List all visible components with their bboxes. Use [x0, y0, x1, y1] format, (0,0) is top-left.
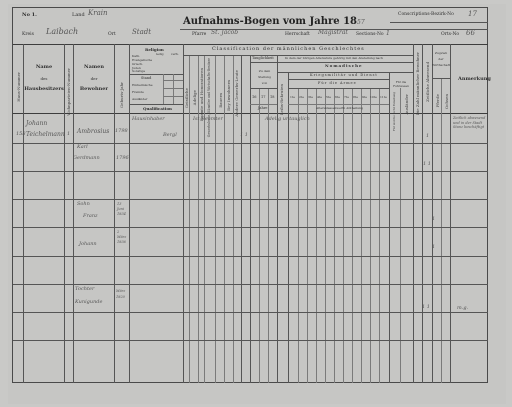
resident-name: Karl: [77, 145, 88, 150]
header-ochsen: Ochsen: [444, 94, 449, 109]
tally-mark: 1 1: [422, 305, 430, 310]
ort-value: Stadt: [132, 29, 151, 36]
armee-rule: [288, 88, 389, 89]
estate-grid-line: [173, 74, 174, 104]
header-fur-die-armee: Für die Armee: [318, 82, 357, 86]
table-row: Tochter Kunigunde März 1820 1 1 m.g.: [13, 284, 487, 312]
house-number: 158: [16, 132, 26, 137]
table-row: [13, 368, 487, 383]
class-note: Ist Beamter: [193, 117, 223, 122]
class-col: Andere Gewerbs-Leute: [234, 70, 239, 117]
kriegs-rule: [288, 79, 389, 80]
table-row: Sohn Franz 13 Juni 1834 1: [13, 199, 487, 227]
form-number: No 1.: [22, 13, 37, 18]
herrschaft-value: Magistrat: [318, 30, 348, 36]
header-resident-line3: Bewohner: [74, 84, 114, 95]
resident-name: Ambrosius: [77, 129, 109, 135]
ordinal: 6te: [335, 96, 340, 99]
estate-grid-line: [163, 80, 183, 81]
estate-row: Einheimische: [132, 84, 152, 87]
header-remarks: Anmerkung: [458, 77, 491, 82]
header-total-males: Die Zahl männlicher Bewohner: [415, 52, 420, 115]
orts-value: 66: [466, 30, 475, 37]
altersklasse-rule: [288, 104, 389, 105]
header-zur-reihe: Zu dem Stellung von: [252, 68, 277, 86]
jahre-rule: [250, 104, 277, 105]
header-leibs: Leibs-Rekruten: [279, 84, 284, 115]
birth-year: 1796: [116, 156, 129, 161]
table-top-rule: [13, 44, 488, 45]
ordinal: 3te: [308, 96, 313, 99]
section-label: Sections-No: [356, 33, 384, 38]
resident-name: Sohn: [77, 202, 90, 207]
ordinal: 4te: [317, 96, 322, 99]
ordinal: 5te: [326, 96, 331, 99]
form-title-year: 57: [357, 19, 365, 26]
header-family-no: Wohnparteien-Nummer: [66, 68, 71, 116]
kreis-label: Kreis: [22, 33, 34, 38]
header-jahre: Jahre: [258, 107, 268, 111]
owner-name: Johann Teichelmann: [26, 118, 64, 140]
land-value: Krain: [88, 10, 108, 17]
ordinal: 11te: [380, 96, 387, 99]
remarks: Zeitlich abwesend und in der Stadt Stanz…: [453, 116, 487, 130]
birth-year: 2 März 1836: [117, 230, 127, 245]
header-fur-fuhrwesen: Für die Fuhrwesen: [391, 81, 411, 88]
age-16: 16: [252, 96, 256, 100]
estate-grid-line: [163, 74, 164, 104]
herrschaft-label: Herrschaft: [285, 33, 310, 38]
ordinal: 1te: [290, 96, 295, 99]
header-house-no: Haus-Nummer: [16, 72, 21, 102]
conscription-label: Conscriptions-Bezirk-No: [398, 13, 454, 18]
row-separator: [13, 256, 488, 257]
age-17: 17: [261, 96, 265, 100]
header-kriegsmilitar: Kriegsmilitär und Dienst: [310, 74, 378, 78]
header-owner-line1: Name: [24, 62, 64, 73]
header-reserve-text: In dem der übrigen Altersstufe gehörig m…: [285, 57, 383, 60]
religion-col-ledig: ledig: [156, 53, 164, 56]
remarks: m.g.: [457, 306, 468, 311]
header-auslander: Ausländer: [404, 94, 409, 115]
conscription-underline: [390, 22, 488, 23]
estate-row: Fremde: [132, 91, 144, 94]
table-row: 158 Johann Teichelmann 1 Ambrosius 1798 …: [13, 114, 487, 143]
class-col: Adelige: [192, 90, 197, 105]
resident-name-line2: Gerdmann: [73, 156, 100, 161]
tally-mark: 1: [432, 245, 435, 250]
header-absent: Zeitliche Abwesend: [425, 62, 430, 102]
header-owner-line2: des: [24, 73, 64, 84]
tally-mark: 1: [432, 217, 435, 222]
ordinal: 10te: [370, 96, 377, 99]
reserve-note: Adelig untauglich: [265, 117, 310, 122]
ordinal: 2te: [299, 96, 304, 99]
section-value: 1: [386, 31, 390, 37]
ordinal: 9te: [362, 96, 367, 99]
vieh-rule: [432, 78, 450, 79]
header-resident-line1: Namen: [74, 62, 114, 73]
religion-row: Sonstige: [132, 70, 145, 73]
class-col: Geistliche: [184, 88, 189, 108]
header-qualification: Qualification: [143, 107, 172, 111]
header-altersklasse: Altersklassenwerth Abtheilung: [316, 107, 363, 110]
resident-name: Tochter: [75, 287, 94, 292]
tauglich-rule: [250, 62, 277, 63]
header-birth-year: Geburts-Jahr: [119, 82, 124, 108]
header-pferde: Pferde: [435, 94, 440, 107]
birth-year: März 1820: [116, 288, 126, 300]
qualification-top: Hausinhaber: [132, 117, 165, 122]
qualification-bottom: Bergl: [163, 133, 177, 138]
class-col: Bauern: [218, 93, 223, 108]
header-nomadic: Nomadische: [325, 64, 363, 68]
zur-reihe-line: von: [252, 80, 277, 86]
pfarre-value: St. Jacob: [211, 30, 238, 36]
form-title: Aufnahms-Bogen vom Jahre 1857: [183, 17, 365, 27]
conscription-value: 17: [468, 11, 477, 18]
ordinal: 8te: [353, 96, 358, 99]
header-owner-name: Name des Hausbesitzers: [24, 62, 64, 95]
resident-name-line2: Franz: [83, 214, 98, 219]
table-row: [13, 340, 487, 368]
birth-year: 1798: [115, 129, 128, 134]
ordinal: 7te: [344, 96, 349, 99]
table-row: [13, 312, 487, 340]
estate-grid-line: [163, 96, 183, 97]
birth-year: 13 Juni 1834: [117, 202, 127, 217]
ages-rule: [250, 88, 277, 89]
header-resident-line2: der: [74, 73, 114, 84]
age-18: 18: [270, 96, 274, 100]
tally-mark: 1: [426, 134, 429, 139]
tally-mark: 1 1: [423, 162, 431, 167]
header-tauglichkeit: Tauglichkeit: [252, 57, 274, 61]
table-row: Karl Gerdmann 1796 1 1: [13, 143, 487, 171]
estate-grid-line: [163, 88, 183, 89]
qualification-rule: [129, 104, 183, 105]
class-marks: 1 1: [240, 133, 248, 138]
religion-block-rule: [129, 74, 183, 75]
estate-title: Stand: [141, 77, 151, 81]
header-resident-name: Namen der Bewohner: [74, 62, 114, 95]
table-row: Johann 2 März 1836 1: [13, 227, 487, 256]
header-vieh: Zugvieh der Wirthschaft: [432, 50, 450, 68]
kreis-value: Laibach: [46, 28, 78, 36]
religion-col-verh: verh.: [171, 53, 179, 56]
header-owner-line3: Hausbesitzers: [24, 84, 64, 95]
orts-label: Orts-No: [441, 33, 459, 38]
class-col: Bey Inwohnern: [226, 80, 231, 111]
family-number: 1: [67, 132, 70, 137]
header-classification: Classification der männlichen Geschlecht…: [212, 47, 365, 52]
vieh-line: Wirthschaft: [432, 62, 450, 68]
pfarre-label: Pfarre: [192, 33, 206, 38]
land-label: Land: [72, 13, 85, 18]
ort-label: Ort: [108, 33, 116, 38]
estate-row: Ausländer: [132, 98, 147, 101]
form-title-text: Aufnahms-Bogen vom Jahre 18: [183, 16, 357, 27]
resident-name-line2: Johann: [79, 242, 97, 247]
resident-name-line2: Kunigunde: [75, 300, 102, 305]
table-row: [13, 171, 487, 199]
